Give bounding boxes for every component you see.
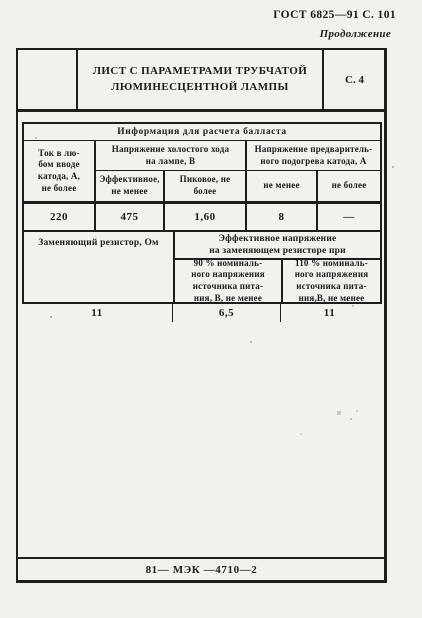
document-reference: ГОСТ 6825—91 С. 101 xyxy=(273,9,396,21)
scanned-gost-page: { "header": { "doc_ref": "ГОСТ 6825—91 С… xyxy=(0,0,422,618)
subcol-effective-min: Эффективное, не менее xyxy=(96,171,165,204)
value-preheat-min: 8 xyxy=(247,204,318,232)
value-voltage-110: 11 xyxy=(281,304,378,322)
parameters-table: Информация для расчета балласта Напряжен… xyxy=(22,122,382,304)
col-header-effective-voltage: Эффективное напряжение на заменяющем рез… xyxy=(175,232,380,260)
footer-reference: 81— МЭК —4710—2 xyxy=(18,557,385,580)
subcol-not-less: не менее xyxy=(247,171,318,204)
subcol-peak-max: Пиковое, не более xyxy=(165,171,247,204)
subcol-110-percent: 110 % номиналь- ного напряжения источник… xyxy=(283,260,380,304)
value-voltage-90: 6,5 xyxy=(173,304,281,322)
col-header-open-circuit-voltage: Напряжение холостого хода на лампе, В xyxy=(96,141,247,171)
continuation-label: Продолжение xyxy=(320,28,391,40)
subcol-90-percent: 90 % номиналь- ного напряжения источника… xyxy=(175,260,283,304)
col-header-replacement-resistor: Заменяющий резистор, Ом xyxy=(24,232,175,304)
page-title: ЛИСТ С ПАРАМЕТРАМИ ТРУБЧАТОЙ ЛЮМИНЕСЦЕНТ… xyxy=(78,50,322,109)
subcol-not-more: не более xyxy=(318,171,380,204)
value-resistor-ohm: 11 xyxy=(22,304,173,322)
sheet-number: С. 4 xyxy=(322,50,385,109)
value-cathode-current: 1,60 xyxy=(165,204,247,232)
value-preheat-max: — xyxy=(318,204,380,232)
resistor-table: Заменяющий резистор, Ом Эффективное напр… xyxy=(24,232,380,304)
ballast-table: Информация для расчета балласта Напряжен… xyxy=(24,124,380,232)
title-blank-cell xyxy=(18,50,78,109)
value-peak-voltage: 475 xyxy=(96,204,165,232)
col-header-preheat-voltage: Напряжение предваритель- ного подогрева … xyxy=(247,141,380,171)
value-effective-voltage: 220 xyxy=(24,204,96,232)
ballast-table-caption: Информация для расчета балласта xyxy=(24,124,380,141)
scan-noise-specks xyxy=(0,0,2,2)
resistor-values-row: 11 6,5 11 xyxy=(22,304,382,322)
title-block: ЛИСТ С ПАРАМЕТРАМИ ТРУБЧАТОЙ ЛЮМИНЕСЦЕНТ… xyxy=(18,50,385,112)
col-header-cathode-current: Ток в лю- бом вводе катода, А, не более xyxy=(24,141,96,204)
